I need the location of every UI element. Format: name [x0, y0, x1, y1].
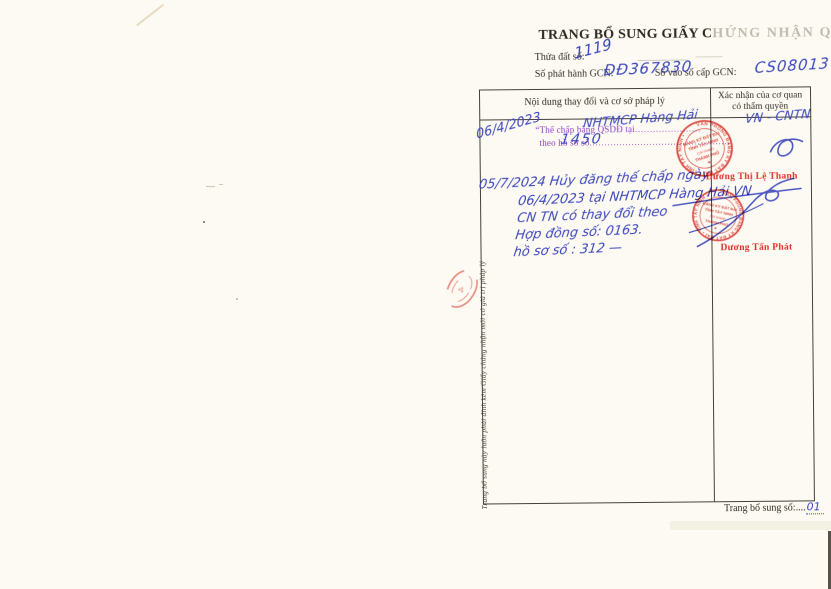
erased-pencil-mark	[696, 56, 723, 57]
book-number-value: CS08013	[754, 54, 830, 77]
entry1-dossier-number-handwriting: 1450	[559, 131, 603, 147]
page-title-faded: HỨNG NHẬN QUYỀN SỬ DỤNG ĐẤT	[712, 24, 831, 42]
handwriting-tail-stroke	[673, 188, 801, 205]
certificate-supplement-document: TRANG BỔ SUNG GIẤY CHỨNG NHẬN QUYỀN SỬ D…	[0, 0, 831, 589]
partial-seal-mark: ⁂	[457, 286, 465, 294]
book-number-label: Số vào số cấp GCN:	[655, 67, 737, 79]
issue-number-label: Số phát hành GCN:	[535, 68, 614, 80]
page-title: TRANG BỔ SUNG GIẤY CHỨNG NHẬN QUYỀN SỬ D…	[538, 24, 831, 44]
supplement-page-number-value: 01	[806, 500, 824, 514]
supplement-page-number-label: Trang bổ sung số:....	[724, 502, 806, 514]
scanned-document-page: TRANG BỔ SUNG GIẤY CHỨNG NHẬN QUYỀN SỬ D…	[0, 0, 831, 589]
supplement-page-number: Trang bổ sung số:....01	[724, 500, 824, 514]
signature1-stroke	[770, 139, 802, 156]
page-title-main: TRANG BỔ SUNG GIẤY C	[538, 26, 712, 43]
signature-strokes	[658, 103, 820, 265]
table-header-confirmation-line1: Xác nhận của cơ quan	[718, 90, 802, 101]
